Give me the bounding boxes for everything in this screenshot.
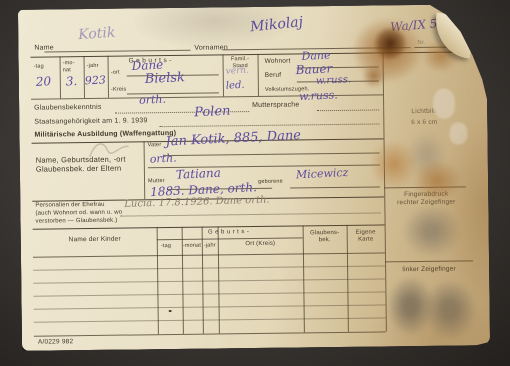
birth-monat-label: -mo- nat <box>63 60 75 73</box>
birth-kreis-label: -Kreis <box>111 87 127 94</box>
rule <box>44 50 190 53</box>
rule <box>159 123 379 127</box>
beruf-label: Beruf <box>265 72 282 80</box>
children-eigene-header: Eigene Karte <box>347 229 385 244</box>
children-ort-header: Ort (Kreis) <box>218 240 303 248</box>
vater-value: Jan Kotik, 885, Dane <box>165 129 301 148</box>
rule <box>164 152 380 156</box>
birth-ort-value: Dane <box>131 59 163 72</box>
fingerprint-left <box>387 277 434 336</box>
volkstum-value: w.russ. <box>316 75 352 87</box>
birth-tag-label: -tag <box>34 64 44 71</box>
rule <box>33 265 385 270</box>
children-monat-header: -monat <box>183 243 201 250</box>
rule <box>144 141 146 199</box>
birth-jahr-label: -jahr <box>87 63 99 70</box>
rule <box>33 291 385 296</box>
children-jahr-header: -jahr <box>204 242 216 249</box>
vater-label: Vater <box>148 142 162 149</box>
rule <box>34 317 386 322</box>
glaubens-value: orth. <box>139 94 166 106</box>
rule <box>33 252 385 257</box>
fingerprint-right <box>402 204 461 257</box>
rule <box>60 56 62 98</box>
staatsangehoerigkeit-label: Staatsangehörigkeit am 1. 9. 1939 <box>34 117 147 127</box>
birth-ort-label: -ort <box>111 70 120 77</box>
children-geburts-header: Geburts- <box>157 228 303 237</box>
muttersprache-value: w.russ. <box>299 89 338 102</box>
rule <box>290 186 380 188</box>
photo-background: Name Kotik Vornamen Mikolaj Wa/IX 56 Nr.… <box>0 0 510 366</box>
children-tag-header: -tag <box>161 243 171 250</box>
form-code: A/0229 982 <box>38 338 73 346</box>
muttersprache-label: Muttersprache <box>252 101 299 110</box>
name-value: Kotik <box>78 26 116 42</box>
wohnort-value: Dane <box>301 50 330 62</box>
glaubens-label: Glaubensbekenntnis <box>34 104 102 113</box>
beruf-value: Bauer <box>295 62 332 76</box>
rule <box>33 278 385 283</box>
rule <box>120 212 380 216</box>
children-table-row <box>18 4 486 10</box>
fingerprint-left-2 <box>423 280 476 339</box>
rule <box>317 109 379 111</box>
fingerprint-right-label2: rechter Zeigefinger <box>384 198 468 207</box>
wohnort-label: Wohnort <box>265 58 291 66</box>
ink-speck <box>169 310 172 312</box>
famil-stand-value: led. <box>226 81 245 92</box>
birth-kreis-value: Bielsk <box>145 71 186 86</box>
mutter-value: Tatiana <box>176 167 221 181</box>
fingerprint-left-label: linker Zeigefinger <box>385 265 473 274</box>
geborene-value: Micewicz <box>296 167 349 180</box>
staatsangehoerigkeit-value: Polen <box>194 105 231 120</box>
rule <box>384 186 466 188</box>
children-table-row <box>18 4 486 10</box>
photo-area-smudge <box>405 131 448 180</box>
children-name-header: Name der Kinder <box>33 235 157 244</box>
famil-stand-value-top: verh. <box>226 67 250 77</box>
pencil-scribble <box>85 136 131 163</box>
rule <box>34 304 386 309</box>
children-table-row <box>18 4 486 10</box>
rule <box>257 54 259 96</box>
children-table-row <box>18 4 486 10</box>
children-table-row <box>18 4 486 10</box>
flaked-patch <box>433 89 455 119</box>
birth-monat-value: 3. <box>66 75 78 88</box>
ehefrau-value: Lucia. 17.8.1926. Dane orth. <box>124 196 270 210</box>
birth-tag-value: 20 <box>36 75 52 88</box>
birth-jahr-value: 923 <box>85 74 106 86</box>
geborene-label: geborene <box>258 179 283 186</box>
rule <box>108 56 110 98</box>
children-glaubensbek-header: Glaubens- bek. <box>303 230 347 245</box>
rule <box>34 331 386 336</box>
rule <box>385 260 473 262</box>
flaked-patch-2 <box>449 122 467 144</box>
registration-card: Name Kotik Vornamen Mikolaj Wa/IX 56 Nr.… <box>18 4 490 351</box>
ehefrau-label: Personalien der Ehefrau (auch Wohnort od… <box>35 202 122 226</box>
vater-value2: orth. <box>150 152 177 164</box>
vornamen-value: Mikolaj <box>250 15 304 34</box>
